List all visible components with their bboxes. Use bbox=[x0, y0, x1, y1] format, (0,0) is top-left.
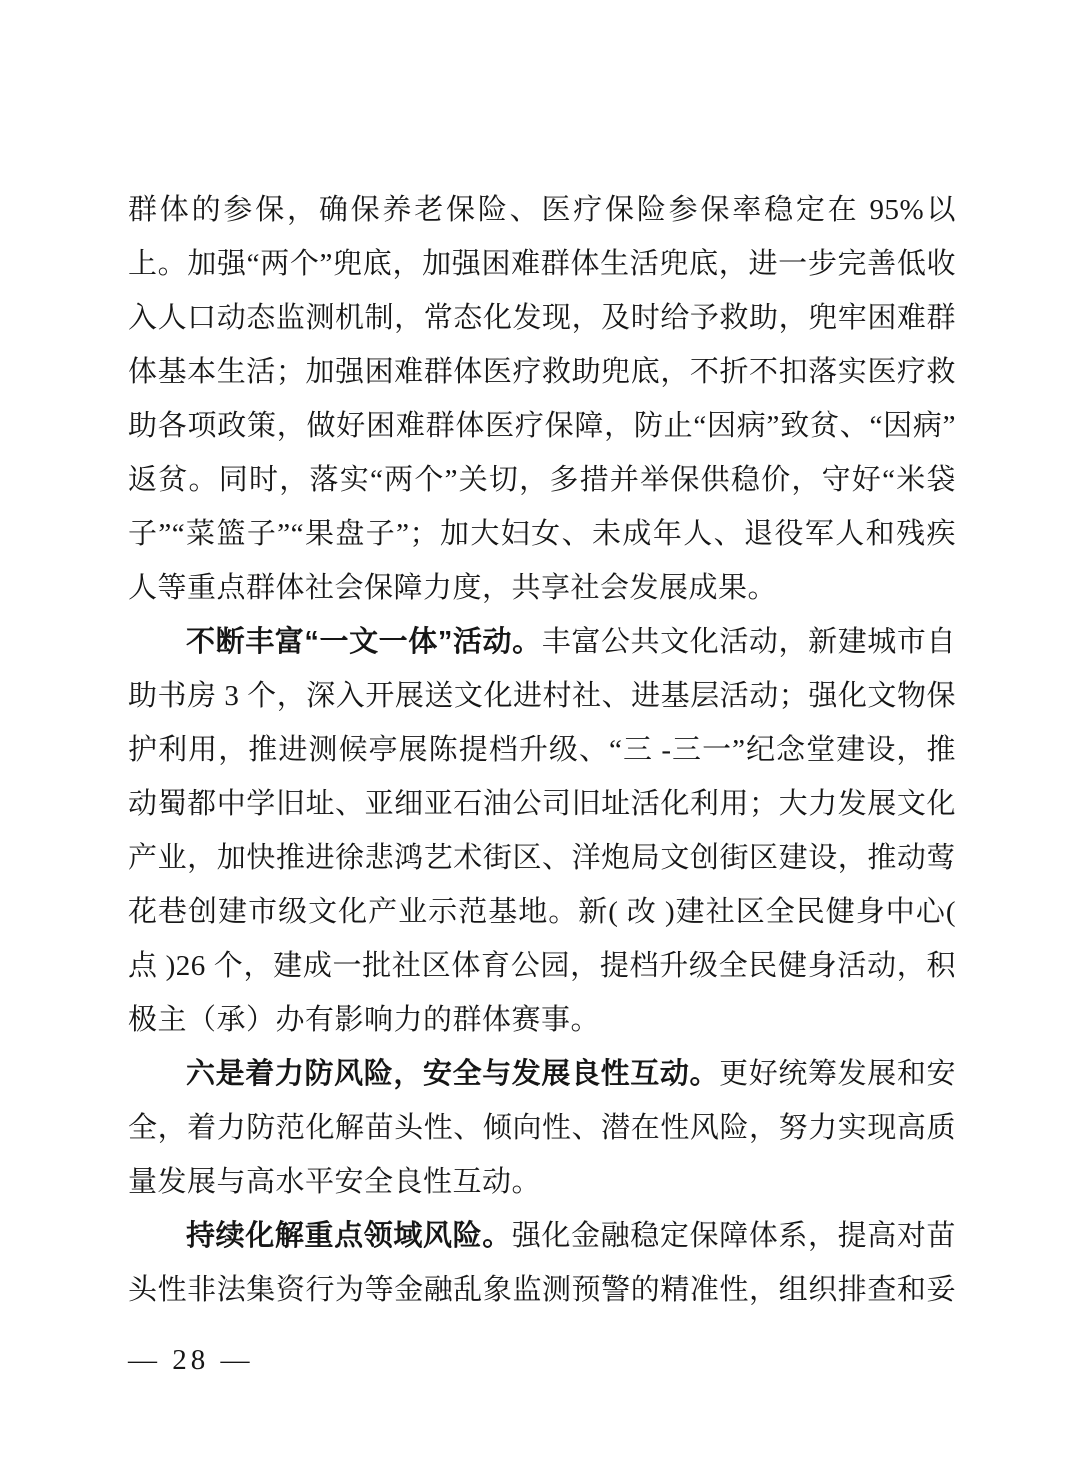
paragraph-lead-culture: 不断丰富“一文一体”活动。 bbox=[186, 626, 542, 658]
paragraph-culture-sports: 不断丰富“一文一体”活动。丰富公共文化活动，新建城市自助书房 3 个，深入开展送… bbox=[128, 615, 956, 1047]
paragraph-text: 丰富公共文化活动，新建城市自助书房 3 个，深入开展送文化进村社、进基层活动；强… bbox=[128, 626, 956, 1036]
document-body: 群体的参保，确保养老保险、医疗保险参保率稳定在 95%以上。加强“两个”兜底，加… bbox=[128, 183, 956, 1317]
paragraph-text: 群体的参保，确保养老保险、医疗保险参保率稳定在 95%以上。加强“两个”兜底，加… bbox=[128, 194, 956, 604]
paragraph-lead-key-area-risk: 持续化解重点领域风险。 bbox=[186, 1220, 512, 1252]
paragraph-lead-risk-prevention: 六是着力防风险，安全与发展良性互动。 bbox=[186, 1058, 719, 1090]
page-number: — 28 — bbox=[128, 1338, 254, 1382]
document-page: 群体的参保，确保养老保险、医疗保险参保率稳定在 95%以上。加强“两个”兜底，加… bbox=[0, 0, 1074, 1458]
paragraph-social-security-continuation: 群体的参保，确保养老保险、医疗保险参保率稳定在 95%以上。加强“两个”兜底，加… bbox=[128, 183, 956, 615]
paragraph-risk-prevention: 六是着力防风险，安全与发展良性互动。更好统筹发展和安全，着力防范化解苗头性、倾向… bbox=[128, 1047, 956, 1209]
paragraph-key-area-risk: 持续化解重点领域风险。强化金融稳定保障体系，提高对苗头性非法集资行为等金融乱象监… bbox=[128, 1209, 956, 1317]
